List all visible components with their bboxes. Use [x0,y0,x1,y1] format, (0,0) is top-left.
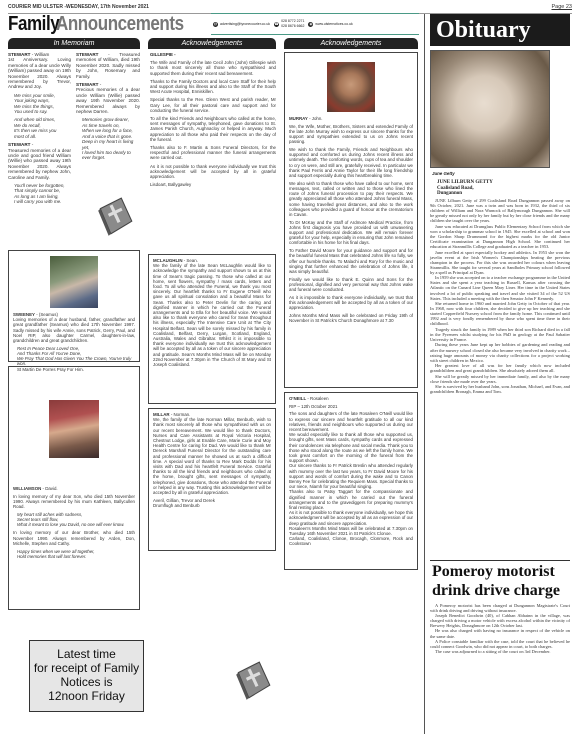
millar-notice: MILLAR - Norman.We, the family of the la… [148,408,276,551]
column-divider [424,14,425,734]
section-acknowledgements-2: Acknowledgements [284,38,418,49]
verse: Memories grow dearer,As time travels on,… [76,117,140,160]
page-title-announcements: Announcements [56,13,184,36]
bible-icon [94,196,136,238]
deadline-notice: Latest time for receipt of Family Notice… [29,640,144,712]
obituary-photo [430,50,550,168]
section-in-memoriam: In Memoriam [8,38,140,49]
in-memoriam-col-a: STEWART - William1st Anniversary. Loving… [8,52,71,208]
verse: You'll never be forgotten,That simply ca… [8,183,71,205]
oneill-notice: O'NEILL - Rosaleen RIP – 12th October 20… [284,392,418,570]
murray-notice: MURRAY - John. We, the Wife, Mother, Bro… [284,52,418,388]
section-obituary: Obituary [430,14,570,46]
notice-body: Treasured memories of a dear uncle and g… [8,148,71,180]
gillespie-notice: GILLESPIE - The Wife and Family of the l… [150,52,276,190]
notice-body: Precious memories of a dear uncle Willia… [76,87,140,114]
williamson-photo [49,400,99,458]
news-body: A Pomeroy motorist has been charged at D… [430,603,570,654]
verse: We miss your smile,Your joking ways,We m… [8,93,71,115]
page-title-family: Family [8,13,59,36]
obituary-heading: JUNE LILBURN GETTY Coalisland Road, Dung… [437,180,493,197]
page-header: Family Announcements @ advertising@tyron… [8,12,423,36]
verse: And when old times,We do recall,It's the… [8,117,71,139]
bible-icon [232,660,274,702]
globe-icon: ◉ [308,22,313,27]
phone-icon: ☎ [274,22,279,27]
news-divider [430,560,570,561]
phone-contact: ☎ 028 8772 2271 028 8676 6662 [274,19,304,29]
williamson-notice: WILLIAMSON - David. In loving memory of … [8,366,140,610]
section-acknowledgements-1: Acknowledgements [148,38,276,49]
notice-body: 1st Anniversary. Loving memories of a de… [8,57,71,89]
obituary-body: JUNE Lilburn Getty of 299 Coalisland Roa… [430,198,570,395]
phone-2: 028 8676 6662 [281,24,304,29]
murray-photo [327,62,375,112]
email-icon: @ [213,22,218,27]
sweeney-photo [50,256,98,308]
sweeney-notice: SWEENEY - (Seamus)Loving memories of a d… [8,250,140,362]
website-contact[interactable]: ◉ www.ulsternotices.co.uk [308,22,352,27]
in-memoriam-col-b: STEWART - Treasured memories of William,… [76,52,140,164]
contact-strip: @ advertising@tyronecourier.co.uk ☎ 028 … [211,13,419,35]
verse: Happy times when we were all together, H… [13,549,135,559]
photo-caption: June Getty [432,171,455,176]
page-number: Page 23 [552,4,573,13]
mclaughlin-notice: MCLAUGHLIN - Sean.We the family of the l… [148,254,276,404]
verse: My heart still aches with sadness, Secre… [13,512,135,528]
news-headline: Pomeroy motorist drink drive charge [432,562,572,600]
email-contact[interactable]: @ advertising@tyronecourier.co.uk [213,22,270,27]
